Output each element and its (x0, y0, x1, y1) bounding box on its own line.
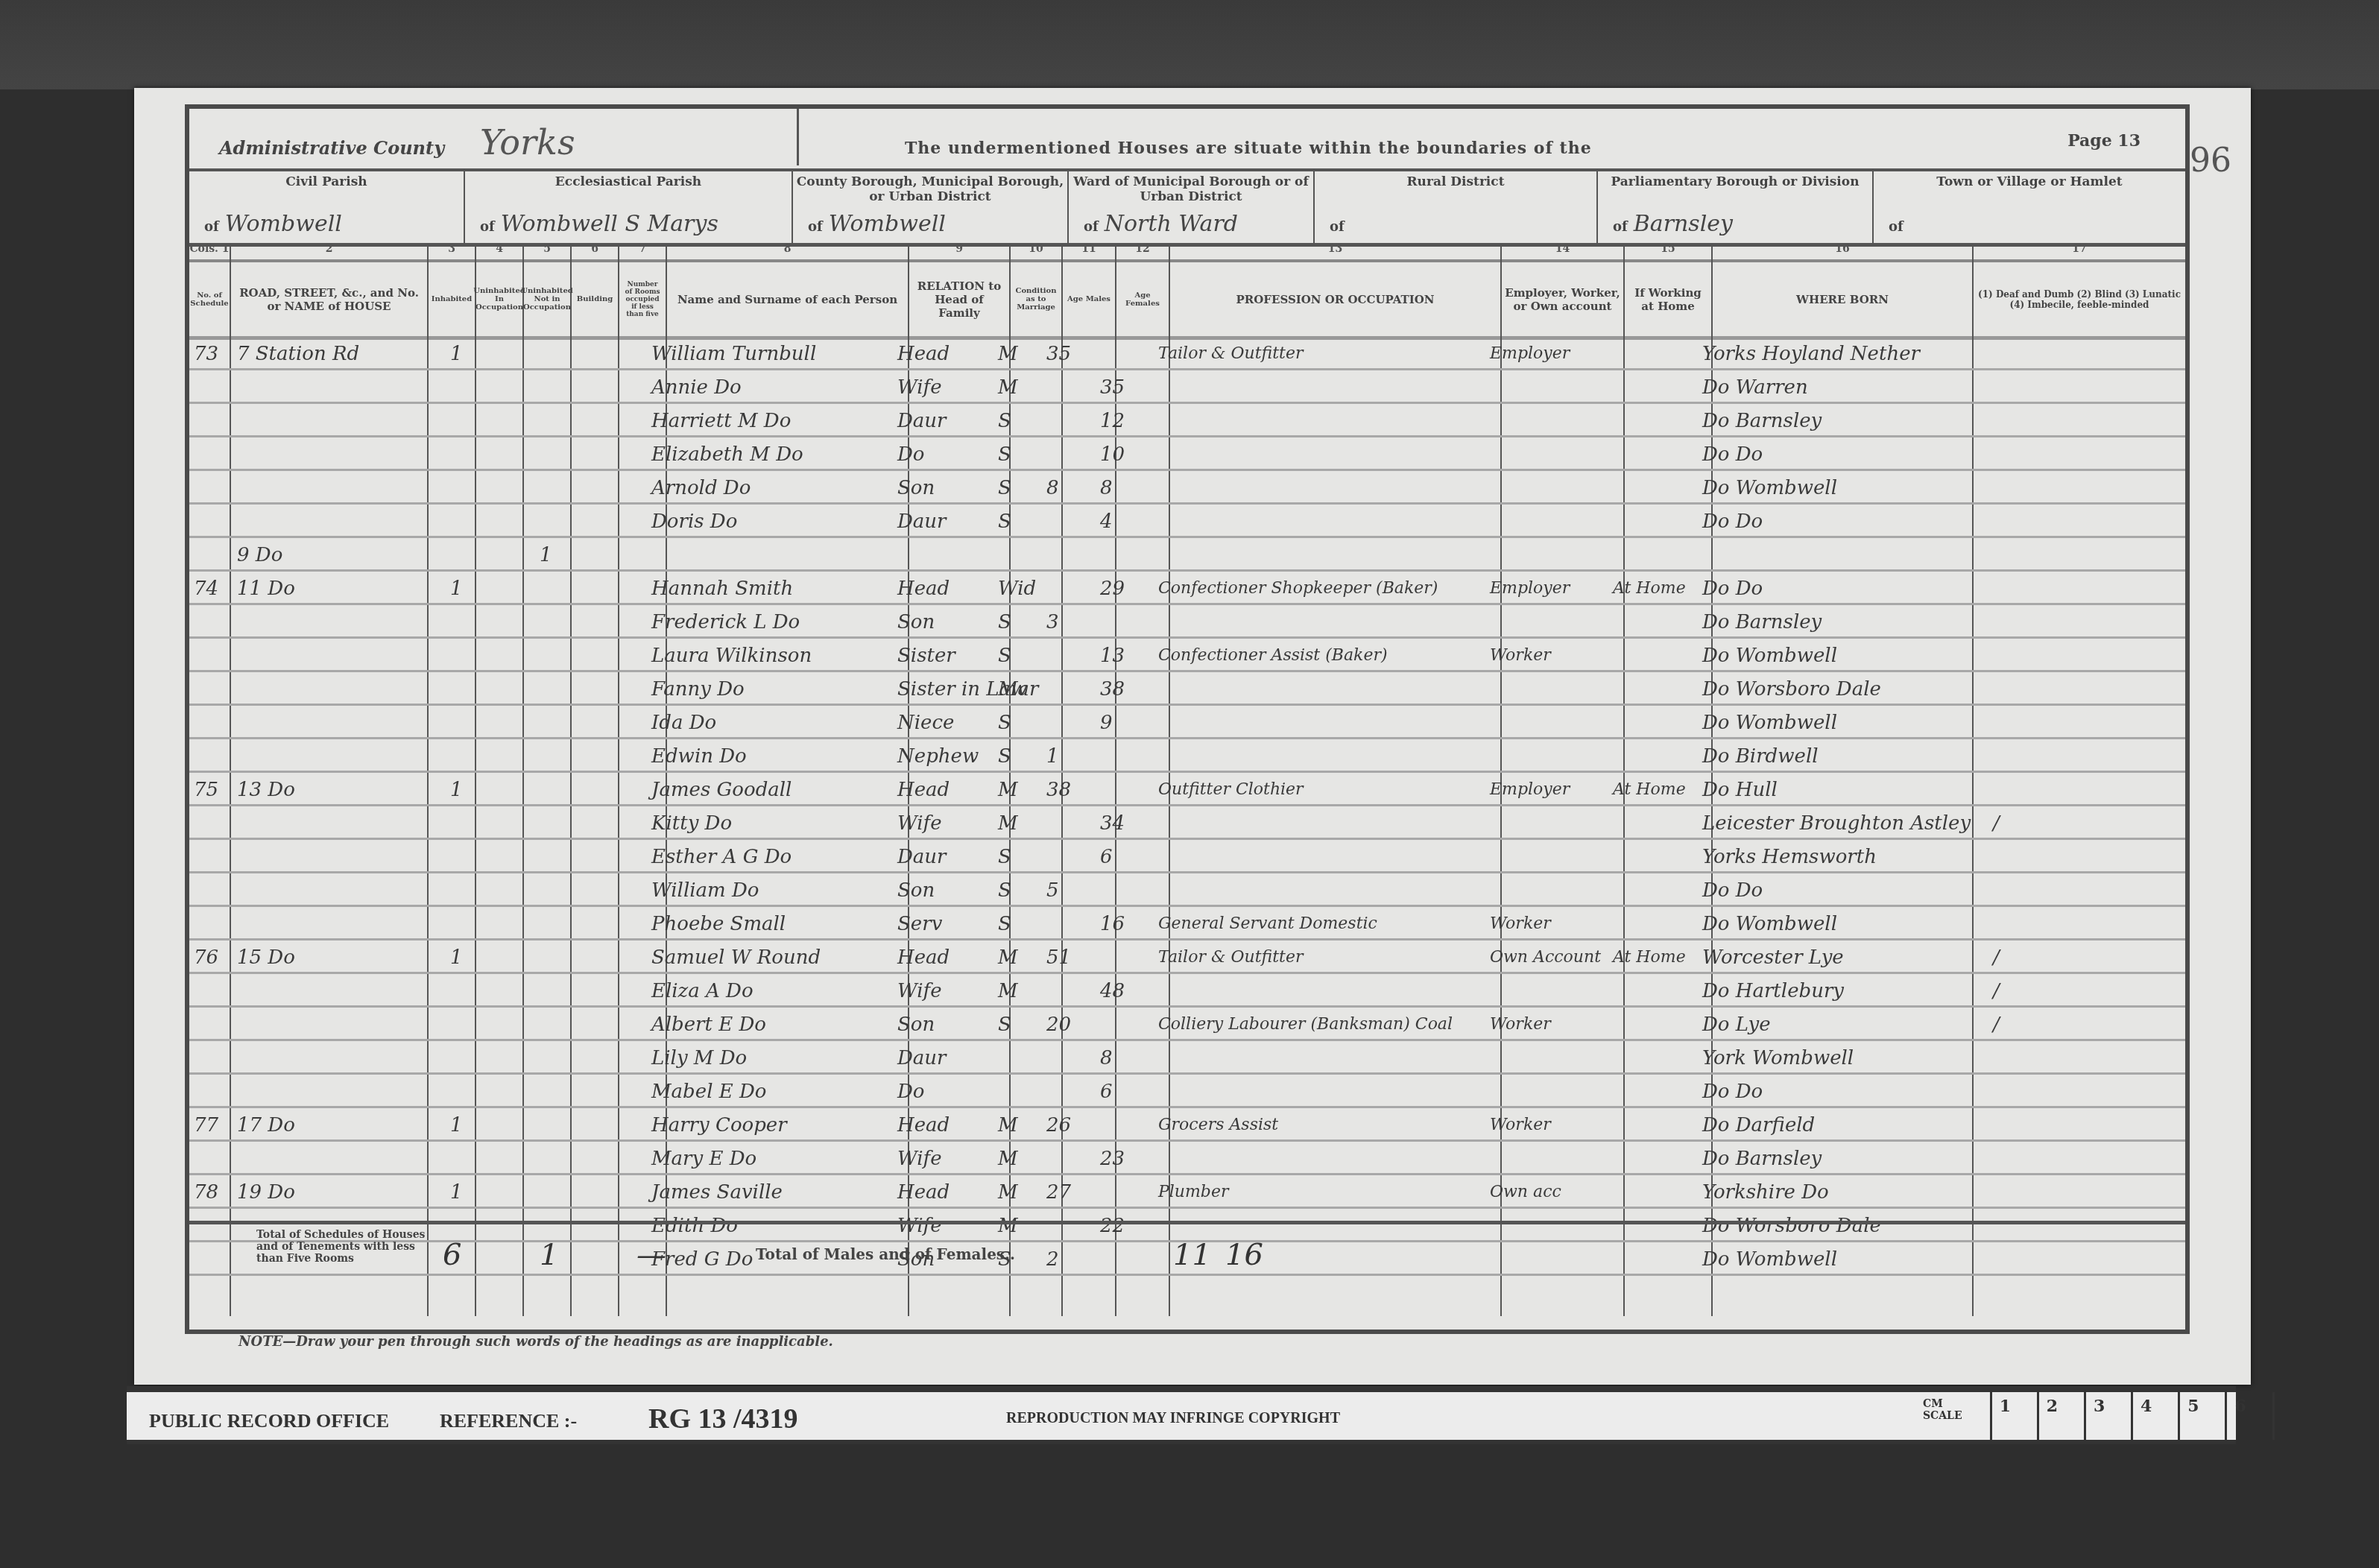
table-row: Esther A G DoDaurS6Yorks Hemsworth (189, 843, 2185, 873)
cell-rel: Head (897, 943, 950, 972)
cell-born: Do Do (1702, 876, 1763, 905)
cell-inh: 1 (450, 1111, 463, 1139)
cell-rel: Do (897, 1078, 925, 1106)
cell-name: James Goodall (651, 776, 792, 804)
cell-cond: M (998, 776, 1018, 804)
cell-name: Ida Do (651, 709, 716, 737)
scale-label: CM SCALE (1915, 1392, 1990, 1440)
cell-m: 27 (1046, 1178, 1071, 1207)
table-row: Eliza A DoWifeM48Do Hartlebury/ (189, 977, 2185, 1008)
table-row: Mary E DoWifeM23Do Barnsley (189, 1145, 2185, 1175)
cell-inf: / (1993, 809, 2000, 838)
cell-rel: Daur (897, 1044, 947, 1072)
cell-sched: 78 (194, 1178, 218, 1207)
cell-m: 51 (1046, 943, 1071, 972)
cell-home: At Home (1613, 776, 1686, 804)
office-label: PUBLIC RECORD OFFICE (149, 1410, 389, 1432)
archive-footer: PUBLIC RECORD OFFICE REFERENCE :- RG 13 … (127, 1386, 2236, 1444)
table-row: Harriett M DoDaurS12Do Barnsley (189, 407, 2185, 437)
table-row: Elizabeth M DoDoS10Do Do (189, 440, 2185, 471)
scale-mark: 6 (2225, 1392, 2272, 1440)
cell-f: 35 (1100, 373, 1125, 402)
cell-born: Do Wombwell (1702, 642, 1837, 670)
cell-born: Do Hartlebury (1702, 977, 1844, 1005)
cell-rel: Wife (897, 977, 942, 1005)
cell-born: Do Do (1702, 1078, 1763, 1106)
cell-cond: S (998, 407, 1011, 435)
cell-name: Albert E Do (651, 1011, 766, 1039)
cell-born: Worcester Lye (1702, 943, 1844, 972)
table-row: Kitty DoWifeM34Leicester Broughton Astle… (189, 809, 2185, 840)
table-row: Annie DoWifeM35Do Warren (189, 373, 2185, 404)
scale-mark: 1 (1990, 1392, 2037, 1440)
cell-born: Yorks Hemsworth (1702, 843, 1877, 871)
copyright-notice: REPRODUCTION MAY INFRINGE COPYRIGHT (1006, 1410, 1340, 1427)
cell-rel: Son (897, 876, 935, 905)
scale-mark: 5 (2178, 1392, 2225, 1440)
cell-name: Eliza A Do (651, 977, 753, 1005)
table-row: 7411 Do1Hannah SmithHeadWid29Confectione… (189, 575, 2185, 605)
cell-occ: General Servant Domestic (1158, 910, 1377, 938)
cell-inh: 1 (450, 340, 463, 368)
cell-born: Do Do (1702, 440, 1763, 469)
cell-f: 34 (1100, 809, 1125, 838)
cell-addr: 11 Do (237, 575, 295, 603)
cell-born: Yorks Hoyland Nether (1702, 340, 1920, 368)
cell-inh: 1 (450, 943, 463, 972)
cell-occ: Colliery Labourer (Banksman) Coal (1158, 1011, 1453, 1039)
table-row: Ida DoNieceS9Do Wombwell (189, 709, 2185, 739)
cell-born: Do Darfield (1702, 1111, 1815, 1139)
total-uninhabited: 1 (540, 1238, 558, 1272)
cell-born: Do Lye (1702, 1011, 1771, 1039)
cell-rel: Son (897, 474, 935, 502)
cell-born: Do Wombwell (1702, 709, 1837, 737)
cell-born: Do Birdwell (1702, 742, 1819, 771)
table-row: Phoebe SmallServS16General Servant Domes… (189, 910, 2185, 941)
cell-cond: S (998, 608, 1011, 636)
cell-cond: S (998, 910, 1011, 938)
cell-rel: Daur (897, 508, 947, 536)
cell-cond: S (998, 474, 1011, 502)
cell-addr: 9 Do (237, 541, 282, 569)
cell-emp: Employer (1490, 575, 1570, 603)
cell-rel: Serv (897, 910, 942, 938)
cell-born: Leicester Broughton Astley (1702, 809, 1971, 838)
cell-rel: Head (897, 1111, 950, 1139)
cell-f: 9 (1100, 709, 1113, 737)
table-row: 9 Do1 (189, 541, 2185, 572)
cell-born: Yorkshire Do (1702, 1178, 1829, 1207)
cell-name: Doris Do (651, 508, 737, 536)
cell-name: Samuel W Round (651, 943, 821, 972)
cell-m: 38 (1046, 776, 1071, 804)
total-females: 16 (1225, 1238, 1263, 1272)
cell-cond: S (998, 1011, 1011, 1039)
cell-cond: S (998, 709, 1011, 737)
cell-name: Frederick L Do (651, 608, 800, 636)
cell-born: Do Wombwell (1702, 474, 1837, 502)
table-row: 7615 Do1Samuel W RoundHeadM51Tailor & Ou… (189, 943, 2185, 974)
cell-occ: Confectioner Assist (Baker) (1158, 642, 1388, 670)
table-row: 737 Station Rd1William TurnbullHeadM35Ta… (189, 340, 2185, 370)
cell-emp: Employer (1490, 776, 1570, 804)
cell-rel: Head (897, 1178, 950, 1207)
cell-f: 4 (1100, 508, 1113, 536)
cell-f: 13 (1100, 642, 1125, 670)
cell-name: Annie Do (651, 373, 742, 402)
cell-emp: Own Account (1490, 943, 1601, 972)
administrative-county-box: Administrative County Yorks (189, 109, 799, 165)
cell-name: James Saville (651, 1178, 783, 1207)
cell-rel: Daur (897, 407, 947, 435)
cell-occ: Plumber (1158, 1178, 1229, 1207)
cell-born: Do Hull (1702, 776, 1778, 804)
cell-name: Laura Wilkinson (651, 642, 812, 670)
cell-cond: M (998, 340, 1018, 368)
cell-name: Hannah Smith (651, 575, 793, 603)
cell-rel: Wife (897, 809, 942, 838)
cell-occ: Tailor & Outfitter (1158, 340, 1303, 368)
cell-born: Do Do (1702, 508, 1763, 536)
cm-scale: CM SCALE 1 2 3 4 5 6 (1915, 1392, 2379, 1440)
table-row: Mabel E DoDo6Do Do (189, 1078, 2185, 1108)
cell-emp: Worker (1490, 910, 1551, 938)
cell-cond: M (998, 373, 1018, 402)
cell-rel: Sister (897, 642, 955, 670)
cell-f: 8 (1100, 1044, 1113, 1072)
cell-f: 12 (1100, 407, 1125, 435)
table-row: 7513 Do1James GoodallHeadM38Outfitter Cl… (189, 776, 2185, 806)
cell-cond: M (998, 1111, 1018, 1139)
cell-cond: S (998, 742, 1011, 771)
cell-emp: Own acc (1490, 1178, 1561, 1207)
cell-cond: S (998, 508, 1011, 536)
table-row: Edwin DoNephewS1Do Birdwell (189, 742, 2185, 773)
cell-cond: Wid (998, 575, 1036, 603)
cell-name: Lily M Do (651, 1044, 747, 1072)
cell-name: Fanny Do (651, 675, 745, 704)
cell-occ: Confectioner Shopkeeper (Baker) (1158, 575, 1438, 603)
table-row: Fanny DoSister in LawMar38Do Worsboro Da… (189, 675, 2185, 706)
cell-unocc: 1 (540, 541, 552, 569)
cell-name: Phoebe Small (651, 910, 786, 938)
cell-inh: 1 (450, 1178, 463, 1207)
cell-cond: M (998, 943, 1018, 972)
cell-rel: Head (897, 776, 950, 804)
cell-born: Do Barnsley (1702, 407, 1822, 435)
total-rooms: — (636, 1238, 666, 1272)
reference-value: RG 13 /4319 (648, 1403, 798, 1435)
administrative-county-value: Yorks (480, 122, 575, 162)
district-rural: Rural Districtof (1315, 168, 1598, 243)
cell-f: 48 (1100, 977, 1125, 1005)
cell-name: Harry Cooper (651, 1111, 787, 1139)
cell-name: William Do (651, 876, 759, 905)
cell-occ: Tailor & Outfitter (1158, 943, 1303, 972)
cell-inh: 1 (450, 575, 463, 603)
cell-cond: M (998, 977, 1018, 1005)
males-females-total-label: Total of Males and of Females.. (756, 1245, 1015, 1263)
cell-addr: 19 Do (237, 1178, 295, 1207)
scale-end (2272, 1392, 2379, 1440)
totals-row: Total of Schedules of Houses and of Tene… (189, 1221, 2185, 1284)
cell-sched: 77 (194, 1111, 218, 1139)
cell-f: 6 (1100, 1078, 1113, 1106)
cell-cond: S (998, 843, 1011, 871)
table-row: Lily M DoDaur8York Wombwell (189, 1044, 2185, 1075)
cell-name: Kitty Do (651, 809, 732, 838)
district-civil-parish: Civil ParishofWombwell (189, 168, 465, 243)
cell-home: At Home (1613, 575, 1686, 603)
cell-f: 16 (1100, 910, 1125, 938)
table-row: Arnold DoSonS88Do Wombwell (189, 474, 2185, 505)
cell-m: 5 (1046, 876, 1059, 905)
cell-name: Mary E Do (651, 1145, 756, 1173)
cell-sched: 73 (194, 340, 218, 368)
cell-inf: / (1993, 1011, 2000, 1039)
cell-name: Mabel E Do (651, 1078, 766, 1106)
cell-m: 35 (1046, 340, 1071, 368)
district-urban: County Borough, Municipal Borough, or Ur… (793, 168, 1069, 243)
reference-label: REFERENCE :- (440, 1410, 577, 1432)
cell-name: Arnold Do (651, 474, 751, 502)
district-parliamentary: Parliamentary Borough or DivisionofBarns… (1598, 168, 1874, 243)
cell-born: Do Barnsley (1702, 608, 1822, 636)
boundary-statement: The undermentioned Houses are situate wi… (905, 139, 1592, 158)
cell-born: York Wombwell (1702, 1044, 1854, 1072)
cell-sched: 75 (194, 776, 218, 804)
cell-name: William Turnbull (651, 340, 816, 368)
cell-addr: 13 Do (237, 776, 295, 804)
form-header: Administrative County Yorks The undermen… (189, 109, 2185, 171)
cell-cond: Mar (998, 675, 1039, 704)
cell-rel: Wife (897, 373, 942, 402)
cell-emp: Worker (1490, 1011, 1551, 1039)
cell-addr: 15 Do (237, 943, 295, 972)
cell-f: 23 (1100, 1145, 1125, 1173)
cell-born: Do Warren (1702, 373, 1808, 402)
table-row: William DoSonS5Do Do (189, 876, 2185, 907)
cell-rel: Head (897, 340, 950, 368)
total-inhabited: 6 (443, 1238, 461, 1272)
cell-m: 1 (1046, 742, 1059, 771)
cell-inf: / (1993, 977, 2000, 1005)
cell-born: Do Worsboro Dale (1702, 675, 1881, 704)
cell-sched: 74 (194, 575, 218, 603)
form-note: NOTE—Draw your pen through such words of… (238, 1334, 833, 1350)
cell-f: 38 (1100, 675, 1125, 704)
total-males: 11 (1173, 1238, 1211, 1272)
cell-f: 10 (1100, 440, 1125, 469)
cell-f: 29 (1100, 575, 1125, 603)
cell-rel: Nephew (897, 742, 979, 771)
cell-name: Harriett M Do (651, 407, 791, 435)
cell-occ: Outfitter Clothier (1158, 776, 1304, 804)
cell-m: 26 (1046, 1111, 1071, 1139)
table-row: 7717 Do1Harry CooperHeadM26Grocers Assis… (189, 1111, 2185, 1142)
table-row: 7819 Do1James SavilleHeadM27PlumberOwn a… (189, 1178, 2185, 1209)
cell-emp: Worker (1490, 1111, 1551, 1139)
scan-background (0, 0, 2379, 89)
cell-name: Edwin Do (651, 742, 747, 771)
cell-rel: Son (897, 608, 935, 636)
cell-cond: S (998, 440, 1011, 469)
cell-inf: / (1993, 943, 2000, 972)
cell-born: Do Wombwell (1702, 910, 1837, 938)
district-row: Civil ParishofWombwell Ecclesiastical Pa… (189, 168, 2185, 247)
cell-rel: Son (897, 1011, 935, 1039)
cell-name: Esther A G Do (651, 843, 792, 871)
administrative-county-label: Administrative County (219, 137, 444, 159)
cell-cond: M (998, 1178, 1018, 1207)
cell-emp: Worker (1490, 642, 1551, 670)
cell-born: Do Barnsley (1702, 1145, 1822, 1173)
cell-addr: 7 Station Rd (237, 340, 359, 368)
cell-name: Elizabeth M Do (651, 440, 803, 469)
cell-emp: Employer (1490, 340, 1570, 368)
table-row: Doris DoDaurS4Do Do (189, 508, 2185, 538)
cell-cond: S (998, 876, 1011, 905)
scale-mark: 3 (2084, 1392, 2131, 1440)
cell-cond: M (998, 809, 1018, 838)
cell-occ: Grocers Assist (1158, 1111, 1278, 1139)
cell-inh: 1 (450, 776, 463, 804)
district-town: Town or Village or Hamletof (1874, 168, 2185, 243)
cell-m: 20 (1046, 1011, 1071, 1039)
page-number: Page 13 (2067, 131, 2141, 151)
cell-addr: 17 Do (237, 1111, 295, 1139)
scale-mark: 2 (2037, 1392, 2084, 1440)
scale-mark: 4 (2131, 1392, 2178, 1440)
cell-cond: M (998, 1145, 1018, 1173)
cell-cond: S (998, 642, 1011, 670)
table-row: Laura WilkinsonSisterS13Confectioner Ass… (189, 642, 2185, 672)
cell-m: 3 (1046, 608, 1059, 636)
cell-rel: Head (897, 575, 950, 603)
cell-home: At Home (1613, 943, 1686, 972)
cell-rel: Wife (897, 1145, 942, 1173)
cell-rel: Niece (897, 709, 954, 737)
folio-stamp: 96 (2190, 142, 2231, 180)
cell-born: Do Do (1702, 575, 1763, 603)
table-row: Albert E DoSonS20Colliery Labourer (Bank… (189, 1011, 2185, 1041)
cell-sched: 76 (194, 943, 218, 972)
table-row: Frederick L DoSonS3Do Barnsley (189, 608, 2185, 639)
cell-rel: Do (897, 440, 925, 469)
schedules-total-label: Total of Schedules of Houses and of Tene… (256, 1229, 428, 1265)
cell-f: 8 (1100, 474, 1113, 502)
district-ecclesiastical-parish: Ecclesiastical ParishofWombwell S Marys (465, 168, 793, 243)
census-form: Administrative County Yorks The undermen… (185, 104, 2190, 1334)
cell-rel: Daur (897, 843, 947, 871)
district-ward: Ward of Municipal Borough or of Urban Di… (1069, 168, 1315, 243)
cell-f: 6 (1100, 843, 1113, 871)
cell-m: 8 (1046, 474, 1059, 502)
